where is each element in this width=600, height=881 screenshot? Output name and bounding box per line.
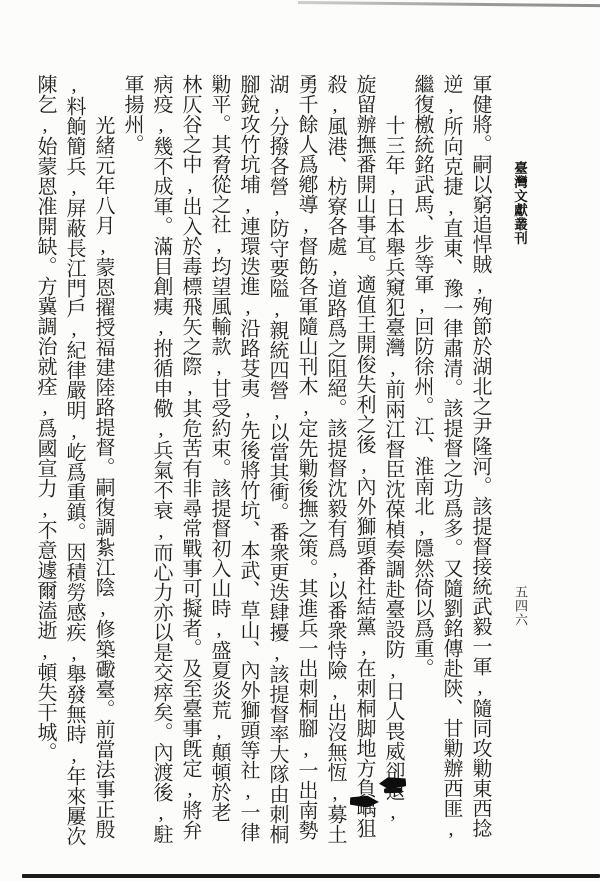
page-number: 五四六 xyxy=(511,585,530,627)
text-column: 殺,風港、枋寮各處,道路爲之阻絕。該提督沈毅有爲,以番衆恃險,出沒無恆,募土 xyxy=(320,74,349,856)
text-column: 勦平。其脅從之社,均望風輸款,甘受約束。該提督初入山時,盛夏炎荒,顛頓於老 xyxy=(204,74,233,856)
text-column: 腳銳攻竹坑埔,連環迭進,沿路芟夷,先後將竹坑、本武、草山、內外獅頭等社,一律 xyxy=(233,74,262,856)
text-column: 病疫,幾不成軍。滿目創痍,拊循申儆,兵氣不衰,而心力亦以是交瘁矣。內渡後,駐 xyxy=(146,74,175,856)
text-column: 十三年,日本舉兵窺犯臺灣,前兩江督臣沈葆楨奏調赴臺設防,日人畏威卻退, xyxy=(378,74,407,856)
text-column: 逆,所向克捷,直東、豫一律肅清。該提督之功爲多。又隨劉銘傳赴陝、甘勦辦西匪, xyxy=(436,74,465,856)
text-column: 繼復檄統銘武馬、步等軍,回防徐州。江、淮南北,隱然倚以爲重。 xyxy=(407,74,436,856)
text-column: 林仄谷之中,出入於毒標飛矢之際,其危苦有非尋常戰事可擬者。及至臺事旣定,將弁 xyxy=(175,74,204,856)
scanned-page: 臺灣文獻叢刊 五四六 軍健將。嗣以窮追悍賊,殉節於湖北之尹隆河。該提督接統武毅一… xyxy=(0,0,600,881)
scan-edge-line xyxy=(298,1,600,7)
body-text: 軍健將。嗣以窮追悍賊,殉節於湖北之尹隆河。該提督接統武毅一軍,隨同攻勦東西捻 逆… xyxy=(30,74,494,856)
text-column: 軍揚州。 xyxy=(117,74,146,856)
scan-bottom-bar xyxy=(22,874,600,878)
text-column: 光緒元年八月,蒙恩擢授福建陸路提督。嗣復調紮江陰,修築礮臺。前當法事正殷 xyxy=(88,74,117,856)
text-column: 湖,分撥各營,防守要隘,親統四營,以當其衝。番衆更迭肆擾,該提督率大隊由刺桐 xyxy=(262,74,291,856)
text-column: 旋留辦撫番開山事宜。適值王開俊失利之後,內外獅頭番社結黨,在刺桐脚地方負嵎狙 xyxy=(349,74,378,856)
series-title-label: 臺灣文獻叢刊 xyxy=(509,161,529,245)
text-column: 陳乞,始蒙恩准開缺。方冀調治就痊,爲國宣力,不意遽爾溘逝,頓失干城。 xyxy=(30,74,59,856)
text-column: 軍健將。嗣以窮追悍賊,殉節於湖北之尹隆河。該提督接統武毅一軍,隨同攻勦東西捻 xyxy=(465,74,494,856)
ink-smudge xyxy=(384,788,402,794)
text-column: ,料餉簡兵,屏蔽長江門戶,紀律嚴明,屹爲重鎮。因積勞感疾,舉發無時,年來屢次 xyxy=(59,74,88,856)
text-column: 勇千餘人爲鄕導,督飭各軍隨山刊木,定先勦後撫之策。其進兵一出刺桐腳,一出南勢 xyxy=(291,74,320,856)
